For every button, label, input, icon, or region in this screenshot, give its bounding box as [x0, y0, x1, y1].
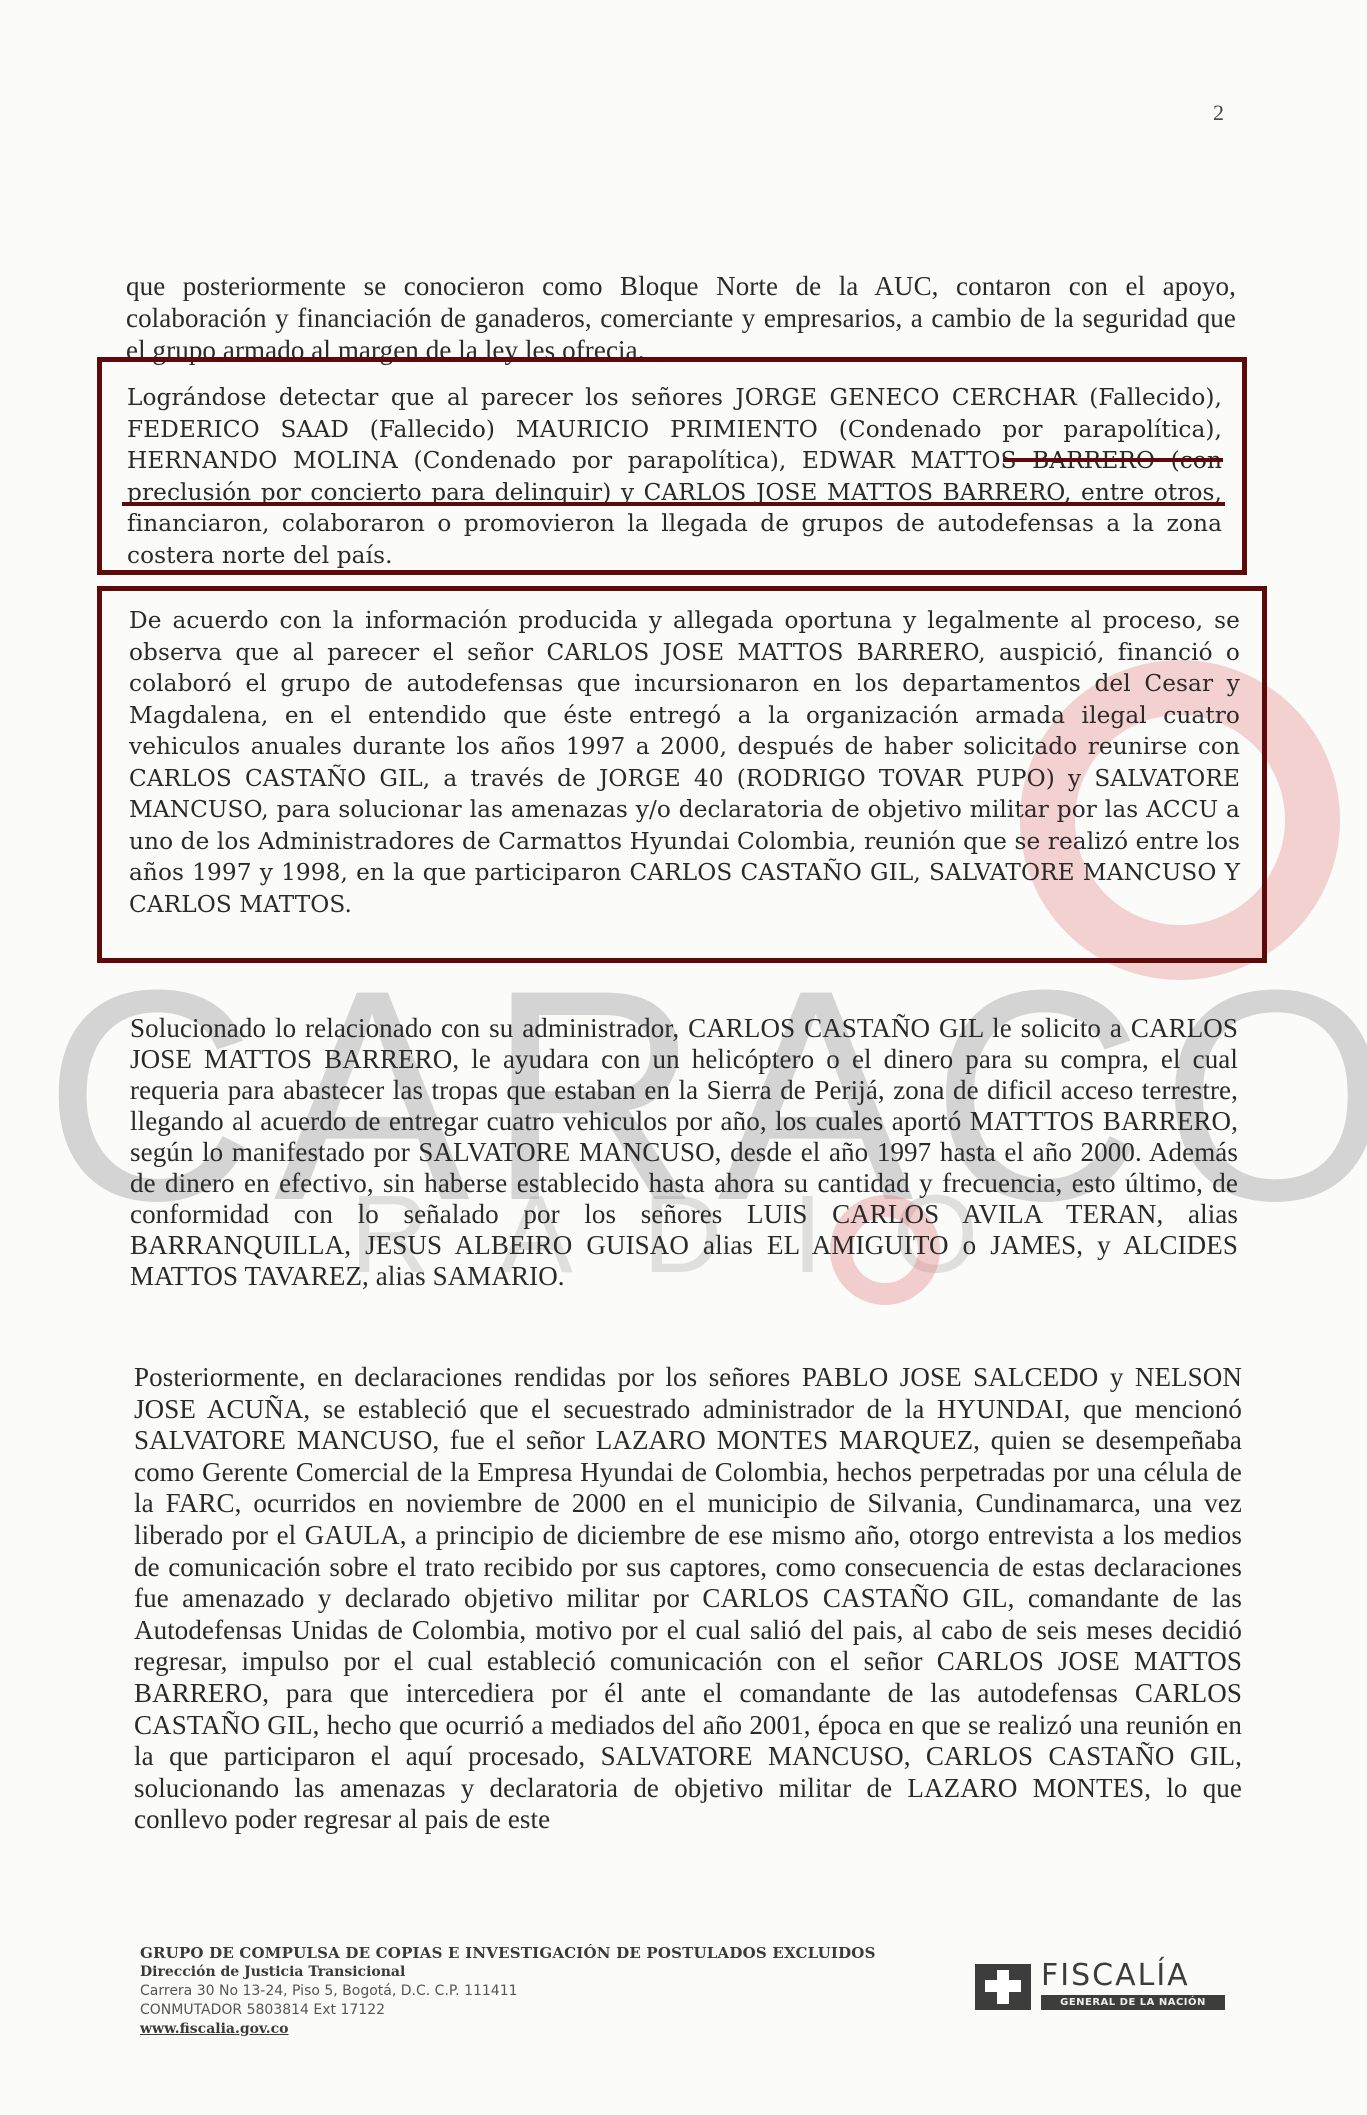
highlight-box-2: De acuerdo con la información producida … [97, 586, 1267, 963]
logo-name: FISCALÍA [1041, 1958, 1190, 1993]
footer-title: GRUPO DE COMPULSA DE COPIAS E INVESTIGAC… [140, 1944, 876, 1963]
highlight-box-1: Lográndose detectar que al parecer los s… [97, 357, 1247, 575]
footer: GRUPO DE COMPULSA DE COPIAS E INVESTIGAC… [140, 1944, 876, 2039]
underline-mark-1 [1003, 458, 1223, 462]
cross-emblem-icon [975, 1964, 1031, 2010]
page-number: 2 [1213, 100, 1224, 126]
underline-mark-2 [122, 502, 1225, 506]
footer-subtitle: Dirección de Justicia Transicional [140, 1963, 876, 1982]
paragraph-fourth: Posteriormente, en declaraciones rendida… [134, 1362, 1242, 1836]
paragraph-highlight-2: De acuerdo con la información producida … [129, 605, 1240, 920]
paragraph-third: Solucionado lo relacionado con su admini… [130, 1013, 1238, 1292]
footer-phone: CONMUTADOR 5803814 Ext 17122 [140, 2001, 876, 2020]
logo-subtitle: GENERAL DE LA NACIÓN [1041, 1995, 1225, 2010]
footer-website-link[interactable]: www.fiscalia.gov.co [140, 2020, 876, 2039]
footer-address: Carrera 30 No 13-24, Piso 5, Bogotá, D.C… [140, 1982, 876, 2001]
paragraph-highlight-1: Lográndose detectar que al parecer los s… [127, 382, 1222, 571]
paragraph-intro: que posteriormente se conocieron como Bl… [126, 270, 1236, 366]
fiscalia-logo: FISCALÍA GENERAL DE LA NACIÓN [975, 1962, 1235, 2012]
